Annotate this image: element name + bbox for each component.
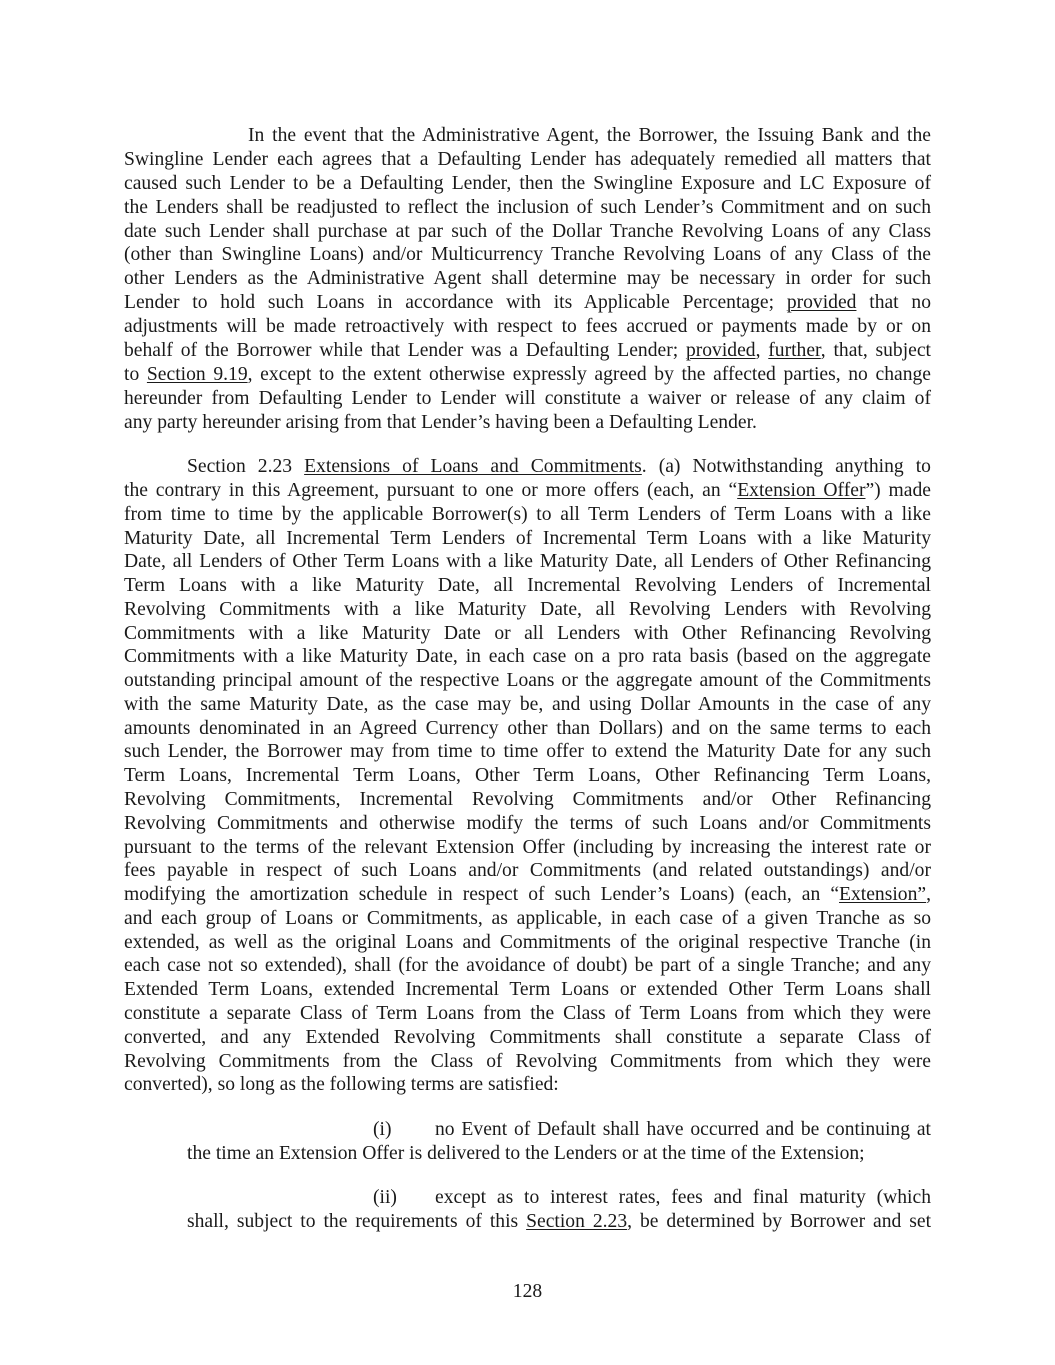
text-line: the Lenders shall be readjusted to refle… bbox=[124, 196, 931, 220]
defined-term-extension: Extension” bbox=[839, 884, 926, 905]
text-line: extended, as well as the original Loans … bbox=[124, 931, 931, 955]
text-line: converted, and any Extended Revolving Co… bbox=[124, 1026, 931, 1050]
text-span: that no bbox=[869, 292, 931, 313]
text-span: further, that, subject bbox=[768, 340, 931, 361]
text-span: Section 9.19, except to the extent other… bbox=[147, 364, 931, 385]
text-line: adjustments will be made retroactively w… bbox=[124, 315, 931, 339]
text-line: Swingline Lender each agrees that a Defa… bbox=[124, 148, 931, 172]
text-line: no Event of Default shall have occurred … bbox=[435, 1118, 931, 1142]
text-line: In the event that the Administrative Age… bbox=[248, 124, 931, 148]
text-line: from time to time by the applicable Borr… bbox=[124, 503, 931, 527]
document-page: In the event that the Administrative Age… bbox=[0, 0, 1055, 1365]
cross-reference-section-2-23[interactable]: Section 2.23 bbox=[526, 1211, 627, 1232]
text-line: the time an Extension Offer is delivered… bbox=[187, 1142, 931, 1166]
text-line: Revolving Commitments and otherwise modi… bbox=[124, 812, 931, 836]
page-number: 128 bbox=[0, 1280, 1055, 1304]
text-line: Term Loans, Incremental Term Loans, Othe… bbox=[124, 764, 931, 788]
text-line: Commitments with a like Maturity Date, i… bbox=[124, 645, 931, 669]
text-span: shall, subject to the requirements of th… bbox=[187, 1211, 518, 1232]
text-line: Date, all Lenders of Other Term Loans wi… bbox=[124, 550, 931, 574]
text-span: the contrary in this Agreement, pursuant… bbox=[124, 480, 737, 501]
text-line: Commitments with a like Maturity Date or… bbox=[124, 622, 931, 646]
text-line: behalf of the Borrower while that Lender… bbox=[124, 339, 931, 363]
text-line: Extended Term Loans, extended Incrementa… bbox=[124, 978, 931, 1002]
text-line: each case not so extended), shall (for t… bbox=[124, 954, 931, 978]
defined-term-further: further bbox=[768, 340, 821, 361]
text-line: Maturity Date, all Incremental Term Lend… bbox=[124, 527, 931, 551]
text-line: hereunder from Defaulting Lender to Lend… bbox=[124, 387, 931, 411]
text-span: , bbox=[926, 884, 931, 905]
cross-reference-section-9-19[interactable]: Section 9.19 bbox=[147, 364, 248, 385]
text-line: (other than Swingline Loans) and/or Mult… bbox=[124, 243, 931, 267]
text-line: Revolving Commitments with a like Maturi… bbox=[124, 598, 931, 622]
text-line: except as to interest rates, fees and fi… bbox=[435, 1186, 931, 1210]
defined-term-extension-offer: Extension Offer bbox=[737, 480, 865, 501]
text-line: modifying the amortization schedule in r… bbox=[124, 883, 931, 907]
text-line: constitute a separate Class of Term Loan… bbox=[124, 1002, 931, 1026]
text-span: provided, bbox=[686, 340, 761, 361]
text-line: with the same Maturity Date, as the case… bbox=[124, 693, 931, 717]
text-span: , that, subject bbox=[821, 340, 931, 361]
section-number: Section 2.23 bbox=[187, 456, 292, 477]
text-span: Lender to hold such Loans in accordance … bbox=[124, 292, 774, 313]
text-line: to Section 9.19, except to the extent ot… bbox=[124, 363, 931, 387]
text-line: Revolving Commitments from the Class of … bbox=[124, 1050, 931, 1074]
text-line: shall, subject to the requirements of th… bbox=[187, 1210, 931, 1234]
text-span: . (a) Notwithstanding anything to bbox=[642, 456, 931, 477]
text-line: Term Loans with a like Maturity Date, al… bbox=[124, 574, 931, 598]
clause-marker: (i) bbox=[373, 1118, 392, 1142]
text-span: , be determined by Borrower and set bbox=[627, 1211, 931, 1232]
text-line: Lender to hold such Loans in accordance … bbox=[124, 291, 931, 315]
text-line: outstanding principal amount of the resp… bbox=[124, 669, 931, 693]
text-line: the contrary in this Agreement, pursuant… bbox=[124, 479, 931, 503]
comma: , bbox=[756, 340, 761, 361]
text-line: any party hereunder arising from that Le… bbox=[124, 411, 931, 435]
text-span: behalf of the Borrower while that Lender… bbox=[124, 340, 678, 361]
clause-marker: (ii) bbox=[373, 1186, 397, 1210]
text-span: Section 2.23, be determined by Borrower … bbox=[526, 1211, 931, 1232]
text-line: and each group of Loans or Commitments, … bbox=[124, 907, 931, 931]
section-heading-line: Section 2.23 Extensions of Loans and Com… bbox=[187, 455, 931, 479]
text-line: such Lender, the Borrower may from time … bbox=[124, 740, 931, 764]
text-span: ”) made bbox=[865, 480, 931, 501]
section-title: Extensions of Loans and Commitments bbox=[304, 456, 642, 477]
text-line: fees payable in respect of such Loans an… bbox=[124, 859, 931, 883]
text-line: amounts denominated in an Agreed Currenc… bbox=[124, 717, 931, 741]
text-span: Extensions of Loans and Commitments. (a)… bbox=[304, 456, 931, 477]
text-span: to bbox=[124, 364, 139, 385]
text-line: other Lenders as the Administrative Agen… bbox=[124, 267, 931, 291]
text-line: date such Lender shall purchase at par s… bbox=[124, 220, 931, 244]
text-line: pursuant to the terms of the relevant Ex… bbox=[124, 836, 931, 860]
text-line: converted), so long as the following ter… bbox=[124, 1073, 931, 1097]
text-span: , except to the extent otherwise express… bbox=[248, 364, 931, 385]
text-line: caused such Lender to be a Defaulting Le… bbox=[124, 172, 931, 196]
text-span: modifying the amortization schedule in r… bbox=[124, 884, 839, 905]
text-line: Revolving Commitments, Incremental Revol… bbox=[124, 788, 931, 812]
defined-term-provided: provided bbox=[686, 340, 756, 361]
defined-term-provided: provided bbox=[787, 292, 857, 313]
